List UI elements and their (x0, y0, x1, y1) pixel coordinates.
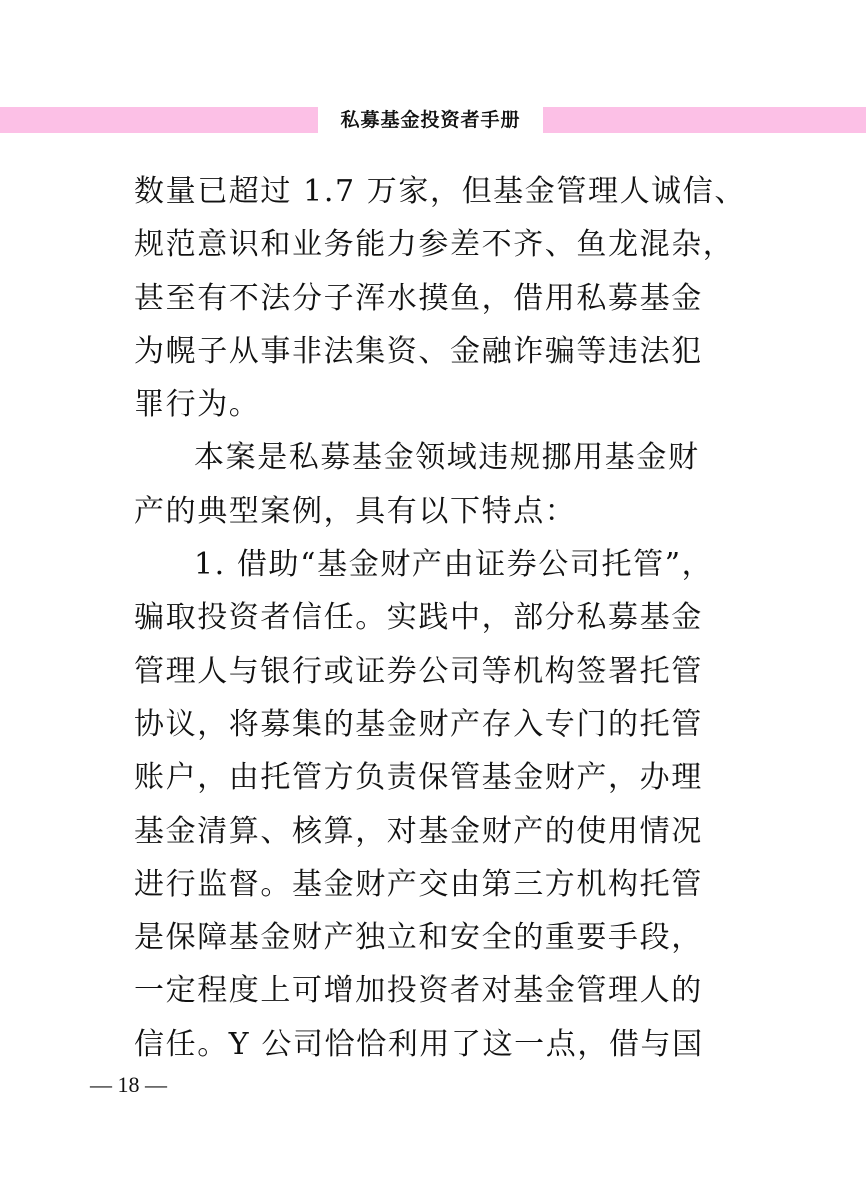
header-band-left (0, 107, 318, 133)
text-line: 数量已超过 1.7 万家，但基金管理人诚信、 (134, 165, 734, 218)
page-number: — 18 — (90, 1072, 167, 1098)
text-line: 产的典型案例，具有以下特点： (134, 485, 734, 538)
text-line: 是保障基金财产独立和安全的重要手段， (134, 911, 734, 964)
text-line: 骗取投资者信任。实践中，部分私募基金 (134, 591, 734, 644)
text-line: 协议，将募集的基金财产存入专门的托管 (134, 698, 734, 751)
text-line: 进行监督。基金财产交由第三方机构托管 (134, 858, 734, 911)
text-line: 账户，由托管方负责保管基金财产，办理 (134, 751, 734, 804)
text-line: 基金清算、核算，对基金财产的使用情况 (134, 805, 734, 858)
text-line: 信任。Y 公司恰恰利用了这一点，借与国 (134, 1018, 734, 1071)
text-line: 罪行为。 (134, 378, 734, 431)
header-band-right (543, 107, 866, 133)
text-line: 为幌子从事非法集资、金融诈骗等违法犯 (134, 325, 734, 378)
running-header-title: 私募基金投资者手册 (318, 104, 543, 136)
text-line: 一定程度上可增加投资者对基金管理人的 (134, 964, 734, 1017)
text-line: 1. 借助“基金财产由证券公司托管”， (134, 538, 734, 591)
text-line: 规范意识和业务能力参差不齐、鱼龙混杂， (134, 218, 734, 271)
text-line: 本案是私募基金领域违规挪用基金财 (134, 431, 734, 484)
body-text: 数量已超过 1.7 万家，但基金管理人诚信、 规范意识和业务能力参差不齐、鱼龙混… (134, 165, 734, 1071)
text-line: 甚至有不法分子浑水摸鱼，借用私募基金 (134, 272, 734, 325)
text-line: 管理人与银行或证券公司等机构签署托管 (134, 645, 734, 698)
